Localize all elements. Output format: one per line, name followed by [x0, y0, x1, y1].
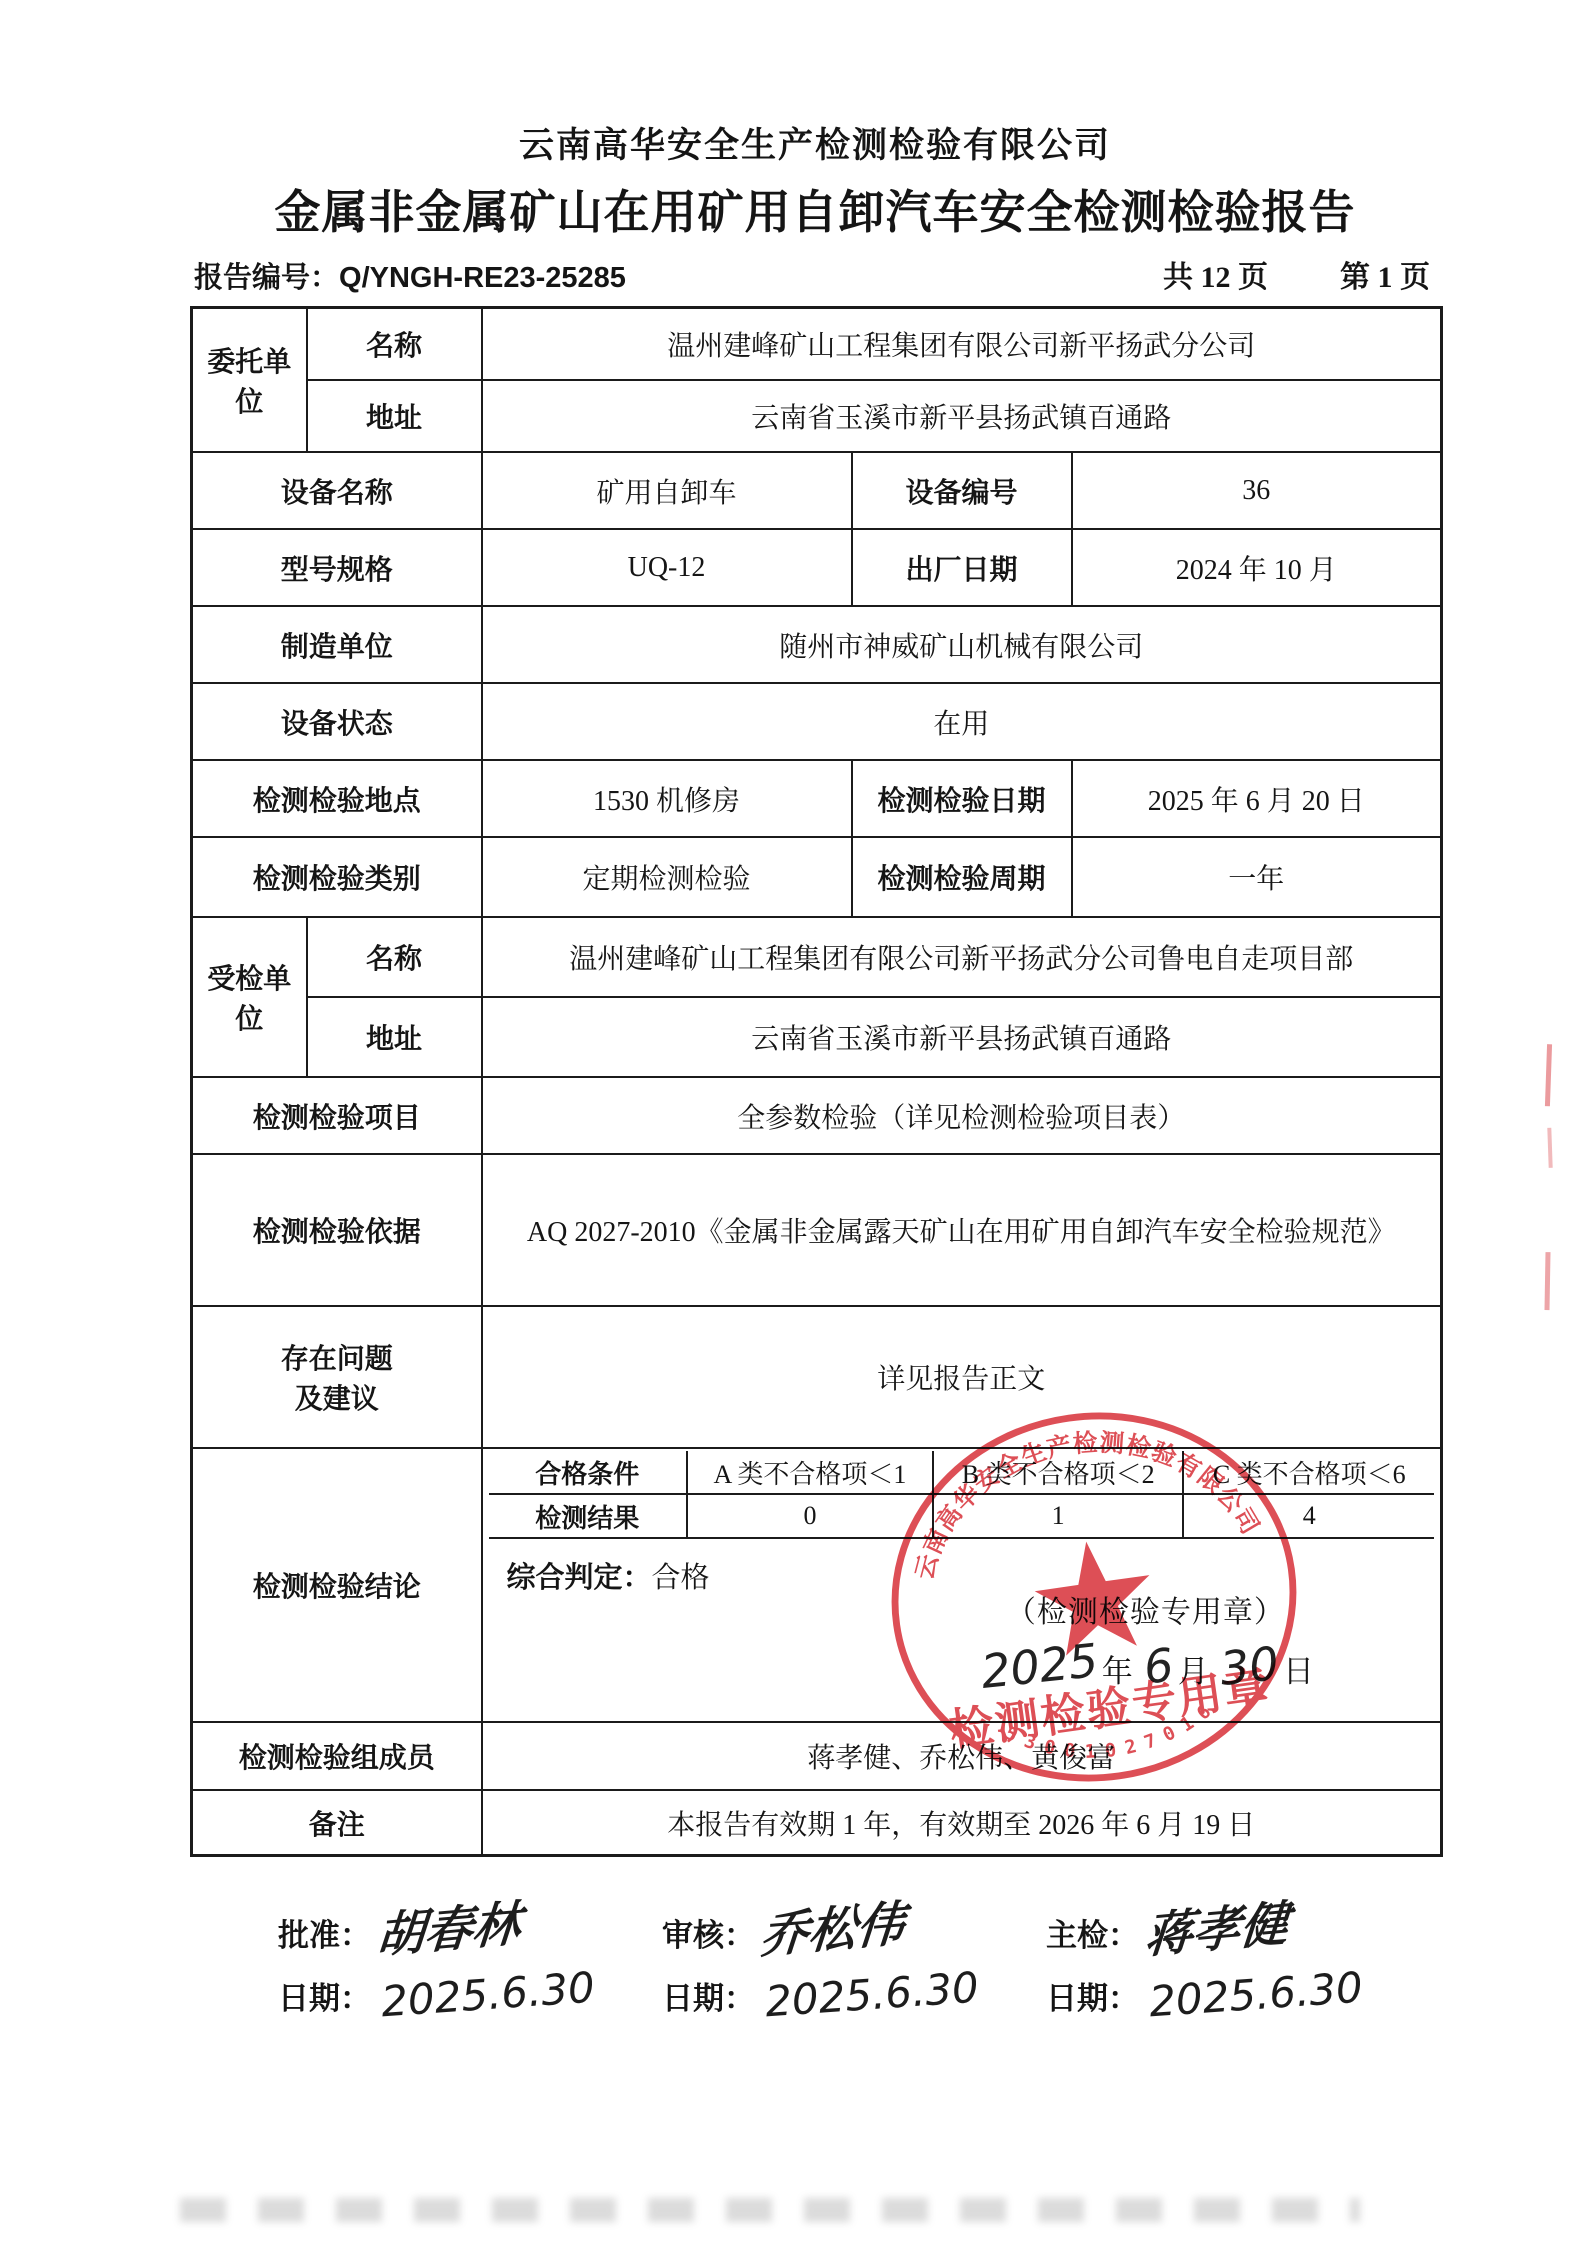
location-value: 1530 机修房 [482, 760, 852, 837]
cond-c: C 类不合格项＜6 [1183, 1451, 1434, 1494]
client-addr-value: 云南省玉溪市新平县扬武镇百通路 [482, 380, 1442, 452]
basis-value: AQ 2027-2010《金属非金属露天矿山在用矿用自卸汽车安全检验规范》 [482, 1154, 1442, 1306]
insp-date-value: 2025 年 6 月 20 日 [1072, 760, 1442, 837]
device-name-label: 设备名称 [192, 452, 482, 529]
problems-label-line1: 存在问题 [199, 1337, 475, 1377]
manufacturer-label: 制造单位 [192, 606, 482, 683]
client-group-label: 委托单位 [192, 308, 307, 453]
row-device: 设备名称 矿用自卸车 设备编号 36 [192, 452, 1442, 529]
approve-signature: 胡春林 [374, 1884, 524, 1966]
signature-review: 审核：乔松伟 日期：2025.6.30 [662, 1891, 1046, 2019]
team-label: 检测检验组成员 [192, 1722, 482, 1790]
subject-group-label: 受检单位 [192, 917, 307, 1077]
seal-note-block: （检测检验专用章） 2025年 6月 30日 [977, 1587, 1314, 1693]
review-signature: 乔松伟 [758, 1884, 908, 1966]
review-date-label: 日期： [662, 1981, 755, 2016]
basis-label: 检测检验依据 [192, 1154, 482, 1306]
result-b: 1 [933, 1494, 1184, 1538]
page-current: 第 1 页 [1340, 252, 1430, 296]
subject-addr-label: 地址 [307, 997, 482, 1077]
device-name-value: 矿用自卸车 [482, 452, 852, 529]
seal-date-day-unit: 日 [1283, 1654, 1314, 1689]
row-client-name: 委托单位 名称 温州建峰矿山工程集团有限公司新平扬武分公司 [192, 308, 1442, 381]
signature-approve: 批准：胡春林 日期：2025.6.30 [278, 1891, 662, 2019]
verdict-value: 合格 [652, 1562, 710, 1594]
row-team: 检测检验组成员 蒋孝健、乔松伟、黄俊富 [192, 1722, 1442, 1790]
row-conclusion: 检测检验结论 合格条件 A 类不合格项＜1 B 类不合格项＜2 C 类不合格项＜… [192, 1448, 1442, 1722]
problems-value: 详见报告正文 [482, 1306, 1442, 1448]
report-document: 云南高华安全生产检测检验有限公司 金属非金属矿山在用矿用自卸汽车安全检测检验报告… [190, 118, 1440, 2019]
seal-date-year-unit: 年 [1102, 1654, 1133, 1689]
lead-label: 主检： [1046, 1918, 1139, 1953]
row-status: 设备状态 在用 [192, 683, 1442, 760]
row-location: 检测检验地点 1530 机修房 检测检验日期 2025 年 6 月 20 日 [192, 760, 1442, 837]
items-value: 全参数检验（详见检测检验项目表） [482, 1077, 1442, 1154]
cond-label: 合格条件 [489, 1451, 688, 1494]
seal-date-day: 30 [1218, 1636, 1282, 1696]
problems-label-line2: 及建议 [199, 1377, 475, 1417]
review-label: 审核： [662, 1918, 755, 1953]
model-value: UQ-12 [482, 529, 852, 606]
mfg-date-value: 2024 年 10 月 [1072, 529, 1442, 606]
subrow-results: 检测结果 0 1 4 [489, 1494, 1435, 1538]
margin-red-mark [1532, 1252, 1550, 1310]
row-problems: 存在问题 及建议 详见报告正文 [192, 1306, 1442, 1448]
row-category: 检测检验类别 定期检测检验 检测检验周期 一年 [192, 837, 1442, 917]
model-label: 型号规格 [192, 529, 482, 606]
cycle-value: 一年 [1072, 837, 1442, 917]
row-remark: 备注 本报告有效期 1 年，有效期至 2026 年 6 月 19 日 [192, 1790, 1442, 1856]
problems-label: 存在问题 及建议 [192, 1306, 482, 1448]
category-label: 检测检验类别 [192, 837, 482, 917]
margin-red-mark [1533, 1044, 1552, 1107]
remark-label: 备注 [192, 1790, 482, 1856]
verdict-area: 综合判定：合格 （检测检验专用章） 2025年 6月 30日 [489, 1539, 1435, 1719]
seal-note-text: （检测检验专用章） [977, 1587, 1314, 1631]
insp-date-label: 检测检验日期 [852, 760, 1072, 837]
cond-b: B 类不合格项＜2 [933, 1451, 1184, 1494]
report-number-label: 报告编号： [194, 262, 339, 294]
subject-name-label: 名称 [307, 917, 482, 997]
client-name-label: 名称 [307, 308, 482, 381]
result-label: 检测结果 [489, 1494, 688, 1538]
margin-red-mark [1535, 1128, 1552, 1169]
status-label: 设备状态 [192, 683, 482, 760]
pages-total: 共 12 页 [1163, 252, 1268, 296]
cycle-label: 检测检验周期 [852, 837, 1072, 917]
report-table: 委托单位 名称 温州建峰矿山工程集团有限公司新平扬武分公司 地址 云南省玉溪市新… [190, 306, 1443, 1857]
row-manufacturer: 制造单位 随州市神威矿山机械有限公司 [192, 606, 1442, 683]
subrow-conditions: 合格条件 A 类不合格项＜1 B 类不合格项＜2 C 类不合格项＜6 [489, 1451, 1435, 1494]
seal-date-month: 6 [1142, 1638, 1177, 1695]
conclusion-subtable: 合格条件 A 类不合格项＜1 B 类不合格项＜2 C 类不合格项＜6 检测结果 … [489, 1451, 1435, 1539]
report-title: 金属非金属矿山在用矿用自卸汽车安全检测检验报告 [190, 176, 1440, 242]
seal-date: 2025年 6月 30日 [977, 1639, 1314, 1693]
location-label: 检测检验地点 [192, 760, 482, 837]
seal-date-month-unit: 月 [1178, 1654, 1209, 1689]
report-number: 报告编号：Q/YNGH-RE23-25285 [194, 255, 626, 296]
manufacturer-value: 随州市神威矿山机械有限公司 [482, 606, 1442, 683]
row-basis: 检测检验依据 AQ 2027-2010《金属非金属露天矿山在用矿用自卸汽车安全检… [192, 1154, 1442, 1306]
row-client-addr: 地址 云南省玉溪市新平县扬武镇百通路 [192, 380, 1442, 452]
conclusion-cell: 合格条件 A 类不合格项＜1 B 类不合格项＜2 C 类不合格项＜6 检测结果 … [482, 1448, 1442, 1722]
signature-block: 批准：胡春林 日期：2025.6.30 审核：乔松伟 日期：2025.6.30 … [190, 1891, 1440, 2019]
row-items: 检测检验项目 全参数检验（详见检测检验项目表） [192, 1077, 1442, 1154]
status-value: 在用 [482, 683, 1442, 760]
subject-name-value: 温州建峰矿山工程集团有限公司新平扬武分公司鲁电自走项目部 [482, 917, 1442, 997]
seal-date-year: 2025 [978, 1633, 1100, 1699]
row-subject-addr: 地址 云南省玉溪市新平县扬武镇百通路 [192, 997, 1442, 1077]
result-c: 4 [1183, 1494, 1434, 1538]
row-model: 型号规格 UQ-12 出厂日期 2024 年 10 月 [192, 529, 1442, 606]
row-subject-name: 受检单位 名称 温州建峰矿山工程集团有限公司新平扬武分公司鲁电自走项目部 [192, 917, 1442, 997]
review-date: 2025.6.30 [764, 1963, 981, 2027]
report-number-value: Q/YNGH-RE23-25285 [339, 262, 626, 294]
remark-value: 本报告有效期 1 年，有效期至 2026 年 6 月 19 日 [482, 1790, 1442, 1856]
lead-date-label: 日期： [1046, 1981, 1139, 2016]
client-addr-label: 地址 [307, 380, 482, 452]
approve-date-label: 日期： [278, 1981, 371, 2016]
company-name: 云南高华安全生产检测检验有限公司 [190, 118, 1440, 168]
team-value: 蒋孝健、乔松伟、黄俊富 [482, 1722, 1442, 1790]
mfg-date-label: 出厂日期 [852, 529, 1072, 606]
cond-a: A 类不合格项＜1 [687, 1451, 933, 1494]
subject-addr-value: 云南省玉溪市新平县扬武镇百通路 [482, 997, 1442, 1077]
result-a: 0 [687, 1494, 933, 1538]
scan-artifact-smudge [180, 2198, 1360, 2222]
lead-date: 2025.6.30 [1148, 1963, 1365, 2027]
verdict-label: 综合判定： [507, 1562, 652, 1594]
conclusion-label: 检测检验结论 [192, 1448, 482, 1722]
signature-lead: 主检：蒋孝健 日期：2025.6.30 [1046, 1891, 1430, 2019]
device-no-label: 设备编号 [852, 452, 1072, 529]
approve-label: 批准： [278, 1918, 371, 1953]
page-indicator: 共 12 页 第 1 页 [1163, 252, 1430, 296]
category-value: 定期检测检验 [482, 837, 852, 917]
device-no-value: 36 [1072, 452, 1442, 529]
client-name-value: 温州建峰矿山工程集团有限公司新平扬武分公司 [482, 308, 1442, 381]
approve-date: 2025.6.30 [380, 1963, 597, 2027]
report-meta-line: 报告编号：Q/YNGH-RE23-25285 共 12 页 第 1 页 [190, 252, 1440, 296]
items-label: 检测检验项目 [192, 1077, 482, 1154]
lead-signature: 蒋孝健 [1142, 1884, 1292, 1966]
